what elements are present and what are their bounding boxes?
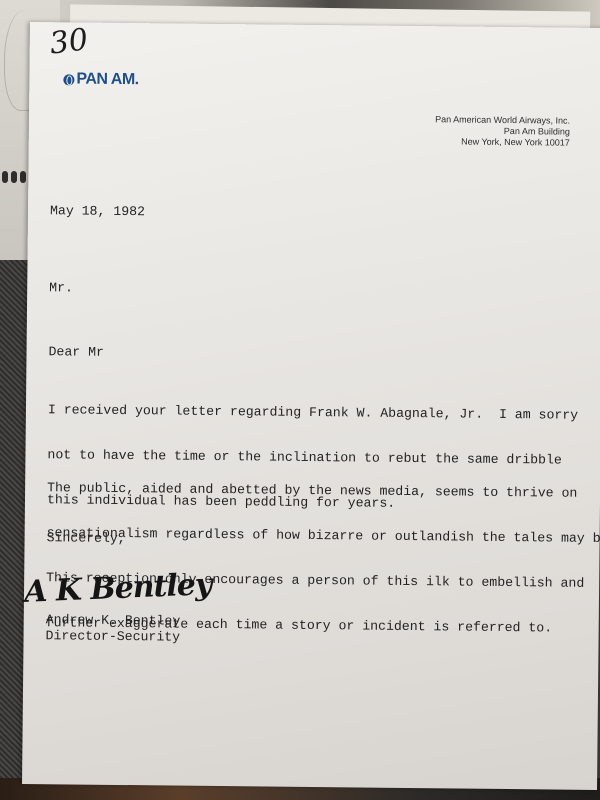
paragraph-line: I received your letter regarding Frank W… xyxy=(48,402,578,423)
letter-date: May 18, 1982 xyxy=(50,203,145,219)
paragraph-line: sensationalism regardless of how bizarre… xyxy=(47,525,600,546)
address-line: New York, New York 10017 xyxy=(435,136,570,148)
letterhead-address: Pan American World Airways, Inc. Pan Am … xyxy=(435,114,570,148)
handwritten-number: 30 xyxy=(48,22,90,62)
recipient: Mr. xyxy=(49,280,73,295)
greeting: Dear Mr xyxy=(48,344,104,360)
address-line: Pan American World Airways, Inc. xyxy=(435,114,570,126)
bleed-through-text xyxy=(137,245,269,270)
closing: Sincerely, xyxy=(47,530,126,546)
globe-icon xyxy=(63,74,74,85)
letter-page: 30 PAN AM. Pan American World Airways, I… xyxy=(22,22,600,790)
pan-am-logo: PAN AM. xyxy=(63,70,138,89)
signer-name: Andrew K. Bentley xyxy=(46,612,181,628)
logo-text: PAN AM. xyxy=(76,70,138,89)
signer-title: Director-Security xyxy=(45,628,180,644)
paragraph-line: The public, aided and abetted by the new… xyxy=(47,480,600,501)
